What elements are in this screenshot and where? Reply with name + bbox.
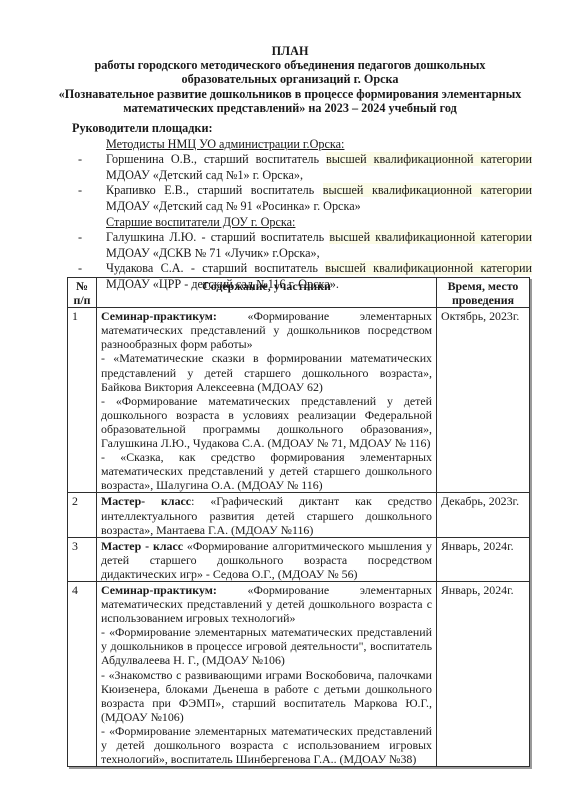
table-row: 1 Семинар-практикум: «Формирование элеме… <box>68 308 530 493</box>
header-time: Время, место проведения <box>437 278 530 308</box>
table-header-row: № п/п Содержание, участники Время, место… <box>68 278 530 308</box>
managers-section: Руководители площадки: Методисты НМЦ УО … <box>72 121 532 293</box>
title-line-3: образовательных организаций г. Орска <box>60 72 520 86</box>
document-title: ПЛАН работы городского методического объ… <box>60 44 520 115</box>
header-num: № п/п <box>68 278 97 308</box>
event-item: - «Формирование элементарных математичес… <box>101 625 432 667</box>
event-item: - «Формирование элементарных математичес… <box>101 724 432 766</box>
title-plan: ПЛАН <box>60 44 520 58</box>
group-label-methodists: Методисты НМЦ УО администрации г.Орска: <box>72 137 532 153</box>
row-content: Мастер - класс «Формирование алгоритмиче… <box>97 537 437 581</box>
row-time: Октябрь, 2023г. <box>437 308 530 493</box>
dash-bullet: - <box>78 183 82 199</box>
row-num: 3 <box>68 537 97 581</box>
title-line-2: работы городского методического объедине… <box>60 58 520 72</box>
row-time: Декабрь, 2023г. <box>437 493 530 537</box>
event-item: - «Знакомство с развивающими играми Воск… <box>101 668 432 724</box>
event-item: - «Сказка, как средство формирования эле… <box>101 450 432 492</box>
manager-item: - Крапивко Е.В., старший воспитатель выс… <box>72 183 532 214</box>
manager-item: - Горшенина О.В., старший воспитатель вы… <box>72 152 532 183</box>
event-type: Семинар-практикум: <box>101 583 217 597</box>
manager-item: - Галушкина Л.Ю. - старший воспитатель в… <box>72 230 532 261</box>
row-time: Январь, 2024г. <box>437 537 530 581</box>
managers-heading: Руководители площадки: <box>72 121 532 137</box>
highlighted-text: высшей квалификационной категории <box>323 183 532 197</box>
row-content: Семинар-практикум: «Формирование элемент… <box>97 308 437 493</box>
event-type: Семинар-практикум: <box>101 309 217 323</box>
group-label-senior-educators: Старшие воспитатели ДОУ г. Орска: <box>72 215 532 231</box>
event-item: - «Формирование математических представл… <box>101 394 432 450</box>
table-row: 3 Мастер - класс «Формирование алгоритми… <box>68 537 530 581</box>
highlighted-text: высшей квалификационной категории <box>325 261 532 275</box>
row-content: Мастер- класс: «Графический диктант как … <box>97 493 437 537</box>
document-page: ПЛАН работы городского методического объ… <box>0 0 565 800</box>
dash-bullet: - <box>78 230 82 246</box>
table-row: 4 Семинар-практикум: «Формирование элеме… <box>68 581 530 766</box>
table-row: 2 Мастер- класс: «Графический диктант ка… <box>68 493 530 537</box>
row-num: 4 <box>68 581 97 766</box>
highlighted-text: высшей квалификационной категории <box>329 230 532 244</box>
row-content: Семинар-практикум: «Формирование элемент… <box>97 581 437 766</box>
event-type: Мастер - класс <box>101 539 183 553</box>
plan-table: № п/п Содержание, участники Время, место… <box>67 277 530 767</box>
event-type: Мастер- класс <box>101 494 191 508</box>
event-item: - «Математические сказки в формировании … <box>101 351 432 393</box>
title-line-5: математических представлений» на 2023 – … <box>60 101 520 115</box>
dash-bullet: - <box>78 152 82 168</box>
title-line-4: «Познавательное развитие дошкольников в … <box>40 87 540 101</box>
row-time: Январь, 2024г. <box>437 581 530 766</box>
header-content: Содержание, участники <box>97 278 437 308</box>
dash-bullet: - <box>78 261 82 277</box>
row-num: 2 <box>68 493 97 537</box>
row-num: 1 <box>68 308 97 493</box>
highlighted-text: высшей квалификационной категории <box>326 152 532 166</box>
